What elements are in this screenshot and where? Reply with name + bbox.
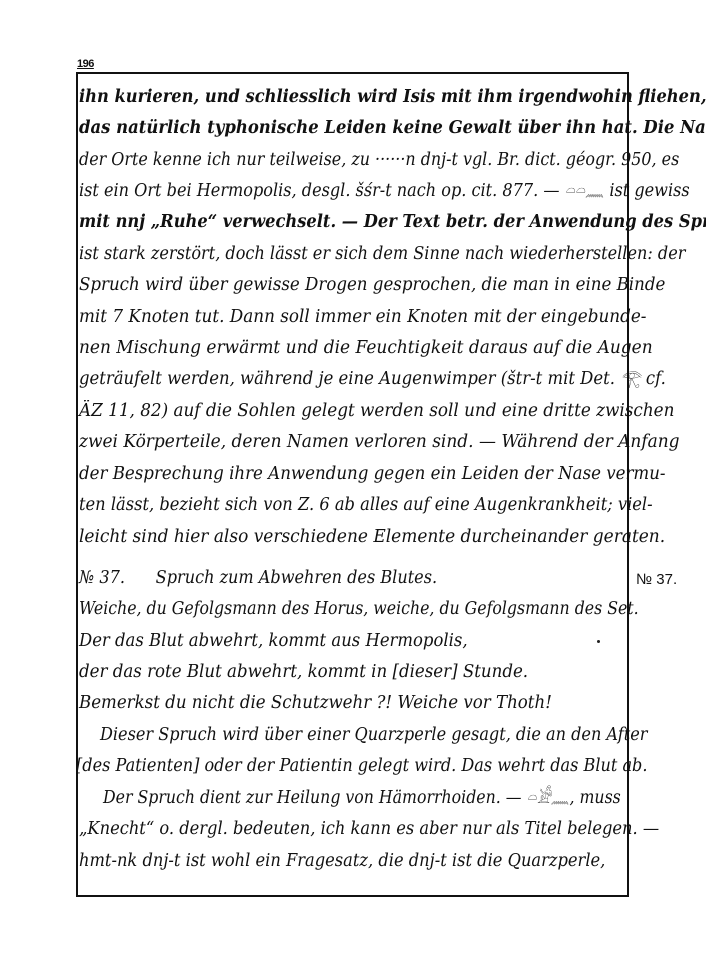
text-line: der Orte kenne ich nur teilweise, zu ···…: [79, 149, 679, 171]
text-line: mit 7 Knoten tut. Dann soll immer ein Kn…: [79, 306, 646, 328]
text-line: Dieser Spruch wird über einer Quarzperle…: [100, 724, 647, 746]
text-line: nen Mischung erwärmt und die Feuchtigkei…: [79, 337, 653, 359]
text-line: [des Patienten] oder der Patientin geleg…: [76, 755, 647, 777]
text-line: ten lässt, bezieht sich von Z. 6 ab alle…: [79, 494, 653, 516]
text-line: das natürlich typhonische Leiden keine G…: [79, 117, 706, 139]
text-line: ist ein Ort bei Hermopolis, desgl. šśr-t…: [79, 180, 690, 202]
spell-line: Der das Blut abwehrt, kommt aus Hermopol…: [79, 630, 468, 652]
text-line: Der Spruch dient zur Heilung von Hämorrh…: [103, 787, 621, 809]
text-line: ÄZ 11, 82) auf die Sohlen gelegt werden …: [79, 400, 674, 422]
text-line: leicht sind hier also verschiedene Eleme…: [79, 526, 665, 548]
text-line: der Besprechung ihre Anwendung gegen ein…: [79, 463, 666, 485]
spell-line: der das rote Blut abwehrt, kommt in [die…: [79, 661, 528, 683]
text-line: „Knecht“ o. dergl. bedeuten, ich kann es…: [79, 818, 659, 840]
spell-line: Weiche, du Gefolgsmann des Horus, weiche…: [79, 598, 639, 620]
margin-section-label: № 37.: [636, 569, 677, 591]
text-line: geträufelt werden, während je eine Augen…: [79, 368, 666, 390]
stray-mark: [597, 640, 600, 643]
page-number: 196: [77, 58, 94, 70]
text-line: ist stark zerstört, doch lässt er sich d…: [79, 243, 685, 265]
text-line: ihn kurieren, und schliesslich wird Isis…: [79, 86, 706, 108]
text-line: zwei Körperteile, deren Namen verloren s…: [79, 431, 680, 453]
text-line: Spruch wird über gewisse Drogen gesproch…: [79, 274, 665, 296]
spell-line: Bemerkst du nicht die Schutzwehr ?! Weic…: [79, 692, 552, 714]
text-line: hmt-nk dnj-t ist wohl ein Fragesatz, die…: [79, 850, 605, 872]
section-heading: № 37. Spruch zum Abwehren des Blutes.: [79, 567, 437, 589]
text-line: mit nnj „Ruhe“ verwechselt. — Der Text b…: [79, 211, 706, 233]
